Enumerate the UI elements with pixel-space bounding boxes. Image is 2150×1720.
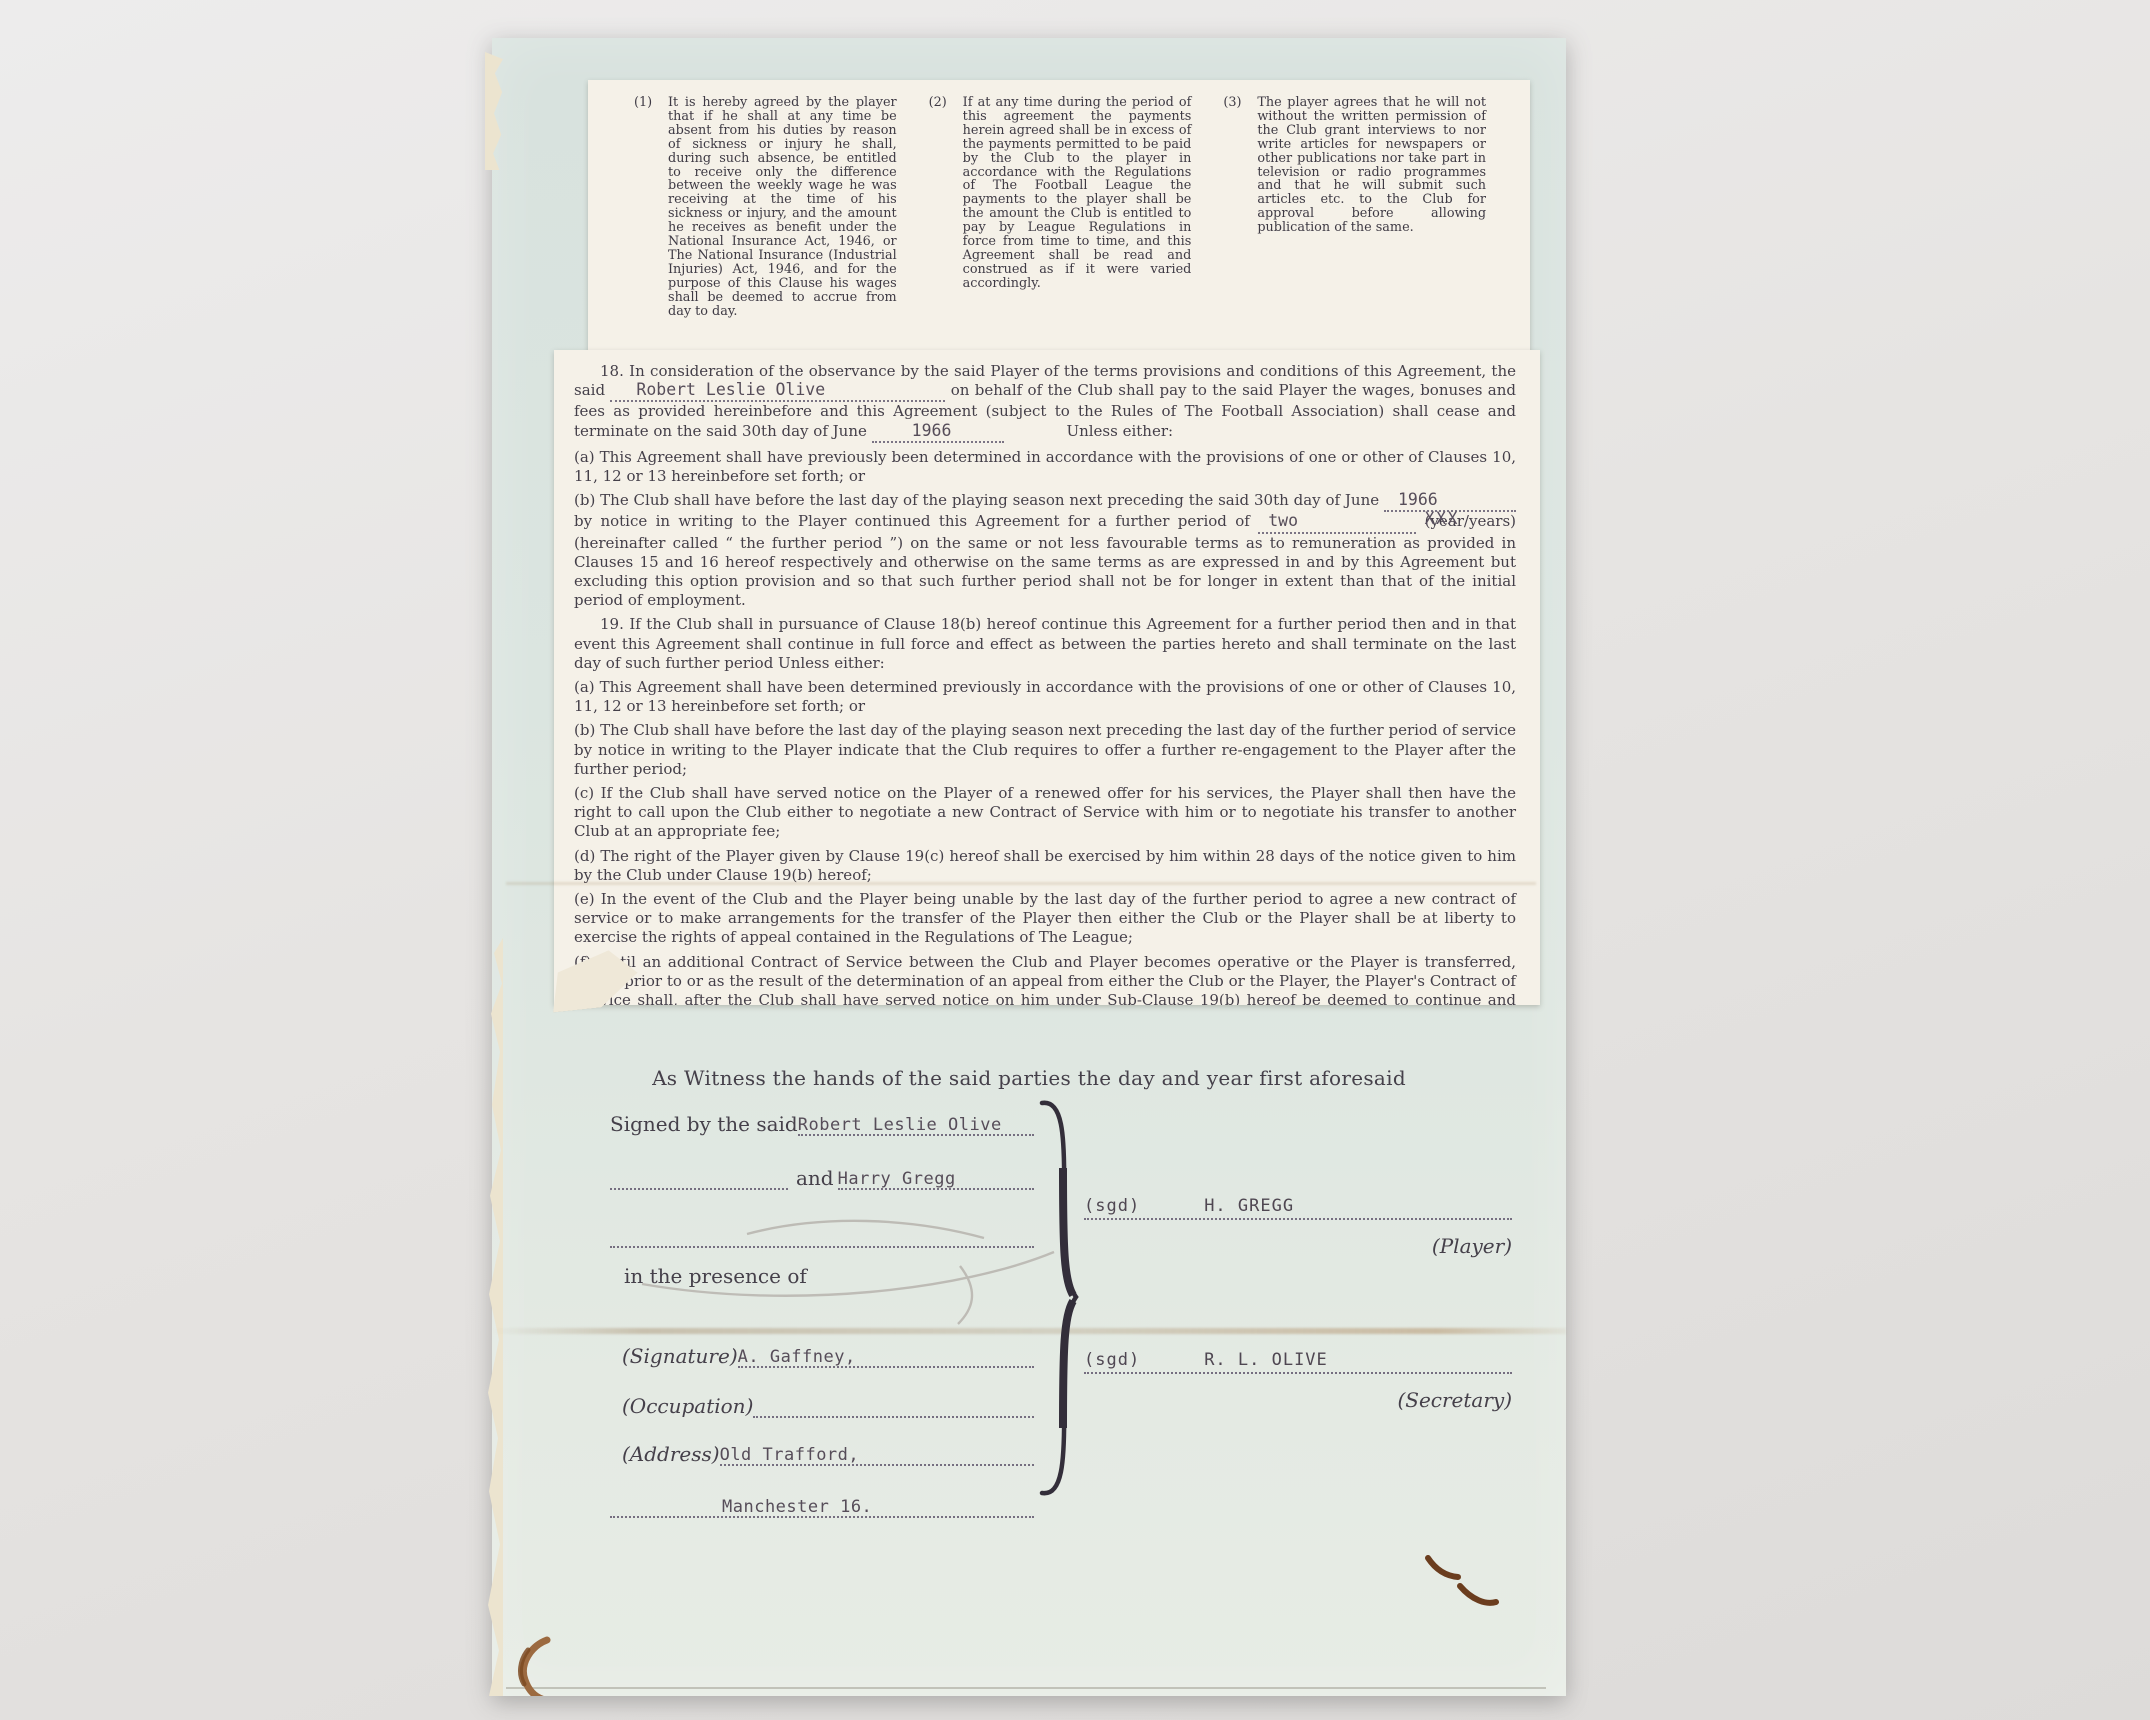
signed-by-row: Signed by the said Robert Leslie Olive <box>610 1108 1034 1136</box>
torn-edge-top-left <box>485 52 503 170</box>
club-representative-field: Robert Leslie Olive <box>610 381 945 402</box>
torn-edge-left <box>483 938 503 1696</box>
secretary-role-label: (Secretary) <box>1084 1388 1512 1412</box>
player-signature-row: (sgd) H. GREGG <box>1084 1198 1512 1220</box>
address-field: Old Trafford, <box>720 1438 1034 1466</box>
witness-signature-field: A. Gaffney, <box>738 1340 1034 1368</box>
and-label: and <box>796 1166 834 1190</box>
clause-18b: (b) The Club shall have before the last … <box>574 491 1516 610</box>
further-period-field: two <box>1258 512 1416 533</box>
clause-19d: (d) The right of the Player given by Cla… <box>574 847 1516 885</box>
clause-19a: (a) This Agreement shall have been deter… <box>574 678 1516 716</box>
sgd-label-1: (sgd) <box>1084 1198 1140 1215</box>
party-2-field: Harry Gregg <box>838 1162 1034 1190</box>
address-row-2: Manchester 16. <box>610 1490 1034 1518</box>
clause-2: (2) If at any time during the period of … <box>927 96 1192 336</box>
termination-year-value: 1966 <box>912 421 952 440</box>
party-1-field: Robert Leslie Olive <box>798 1108 1034 1136</box>
player-signature-value: H. GREGG <box>1204 1198 1294 1215</box>
address-value-1: Old Trafford, <box>720 1445 860 1465</box>
address-row: (Address) Old Trafford, <box>622 1438 1034 1466</box>
presence-label: in the presence of <box>624 1264 807 1288</box>
clause-19b: (b) The Club shall have before the last … <box>574 721 1516 779</box>
witness-heading: As Witness the hands of the said parties… <box>492 1066 1566 1090</box>
option-year-value: 1966 <box>1398 490 1438 509</box>
occupation-row: (Occupation) <box>622 1390 1034 1418</box>
secretary-signature-value: R. L. OLIVE <box>1204 1352 1328 1369</box>
blank-field <box>610 1220 1034 1248</box>
address-field-2: Manchester 16. <box>610 1490 1034 1518</box>
clause-1-number: (1) <box>634 96 652 110</box>
clause-19c: (c) If the Club shall have served notice… <box>574 784 1516 842</box>
clause-18b-text-1: (b) The Club shall have before the last … <box>574 491 1379 509</box>
staple-icon <box>521 1640 547 1696</box>
contract-page: (1) It is hereby agreed by the player th… <box>492 38 1566 1696</box>
clause-18b-text-2: by notice in writing to the Player conti… <box>574 512 1250 530</box>
signature-label: (Signature) <box>622 1344 738 1368</box>
bottom-sheet-edge <box>506 1687 1546 1689</box>
address-value-2: Manchester 16. <box>722 1497 872 1517</box>
clause-2-text: If at any time during the period of this… <box>963 95 1192 291</box>
party-2-value: Harry Gregg <box>838 1169 956 1189</box>
blank-row <box>610 1220 1034 1248</box>
termination-year-field: 1966 <box>872 422 1004 443</box>
club-representative-value: Robert Leslie Olive <box>636 380 825 399</box>
clause-19e: (e) In the event of the Club and the Pla… <box>574 890 1516 948</box>
agreement-terms-panel: 18. In consideration of the observance b… <box>554 350 1540 1005</box>
clause-18-unless: Unless either: <box>1066 422 1173 440</box>
occupation-label: (Occupation) <box>622 1394 753 1418</box>
clause-18a: (a) This Agreement shall have previously… <box>574 448 1516 486</box>
clause-2-number: (2) <box>929 96 947 110</box>
presence-row: in the presence of <box>624 1264 807 1288</box>
player-role-label: (Player) <box>1084 1234 1512 1258</box>
and-row: and Harry Gregg <box>610 1162 1034 1190</box>
occupation-field <box>753 1390 1034 1418</box>
fold-crease-lower <box>492 1328 1566 1334</box>
clause-1: (1) It is hereby agreed by the player th… <box>632 96 897 336</box>
printed-clauses-panel: (1) It is hereby agreed by the player th… <box>588 80 1530 352</box>
witness-signature-row: (Signature) A. Gaffney, <box>622 1340 1034 1368</box>
secretary-signature-row: (sgd) R. L. OLIVE <box>1084 1352 1512 1374</box>
address-label: (Address) <box>622 1442 720 1466</box>
further-period-value: two <box>1268 511 1298 530</box>
struck-year-word: (yearXXX <box>1425 512 1464 531</box>
clause-19f: (f) Until an additional Contract of Serv… <box>574 953 1516 1005</box>
party-1-value: Robert Leslie Olive <box>798 1115 1002 1135</box>
typed-strikeout: XXX <box>1425 511 1459 528</box>
clause-18: 18. In consideration of the observance b… <box>574 362 1516 443</box>
signature-brace <box>1038 1098 1084 1498</box>
clause-3-number: (3) <box>1223 96 1241 110</box>
witness-signature-value: A. Gaffney, <box>738 1347 856 1367</box>
clause-1-text: It is hereby agreed by the player that i… <box>668 95 897 319</box>
blank-field <box>610 1162 788 1190</box>
sgd-label-2: (sgd) <box>1084 1352 1140 1369</box>
clause-3-text: The player agrees that he will not witho… <box>1257 95 1486 235</box>
rust-mark-icon <box>1428 1558 1496 1603</box>
clause-19: 19. If the Club shall in pursuance of Cl… <box>574 615 1516 673</box>
signed-by-label: Signed by the said <box>610 1112 798 1136</box>
clause-3: (3) The player agrees that he will not w… <box>1221 96 1486 336</box>
